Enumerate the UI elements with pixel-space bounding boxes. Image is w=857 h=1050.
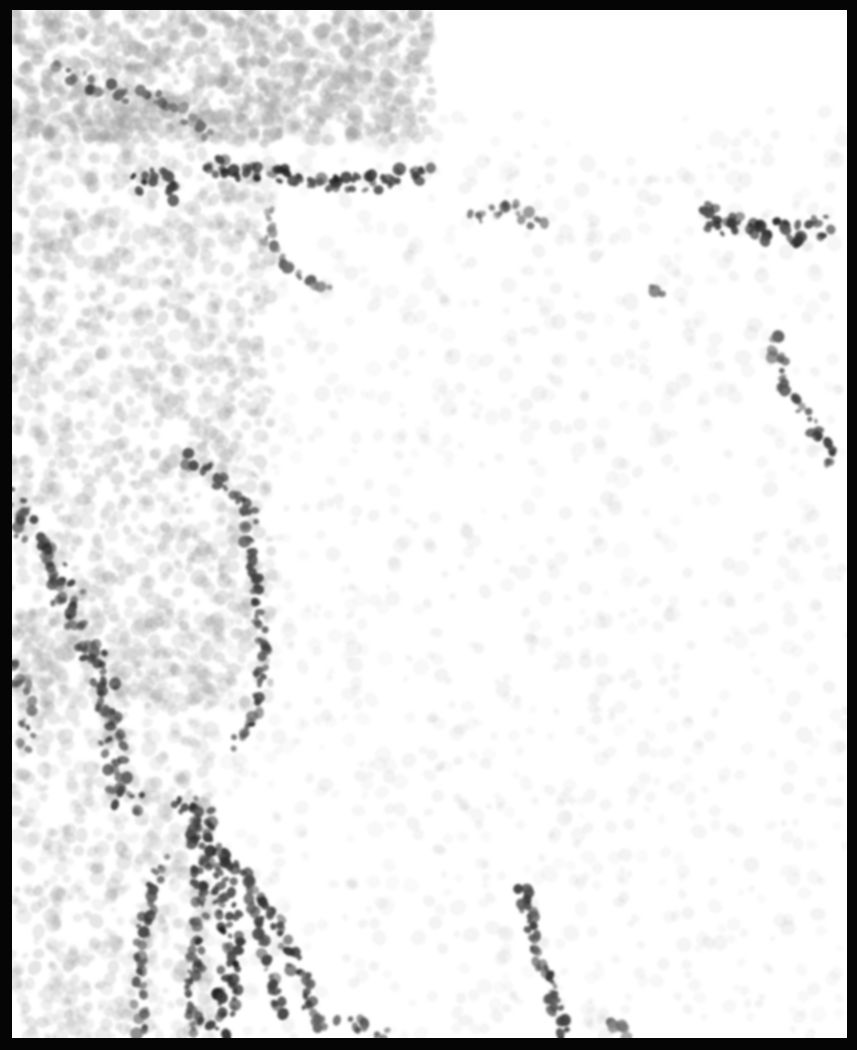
micrograph-canvas <box>12 10 847 1038</box>
micrograph <box>12 10 847 1038</box>
image-frame <box>0 0 857 1050</box>
